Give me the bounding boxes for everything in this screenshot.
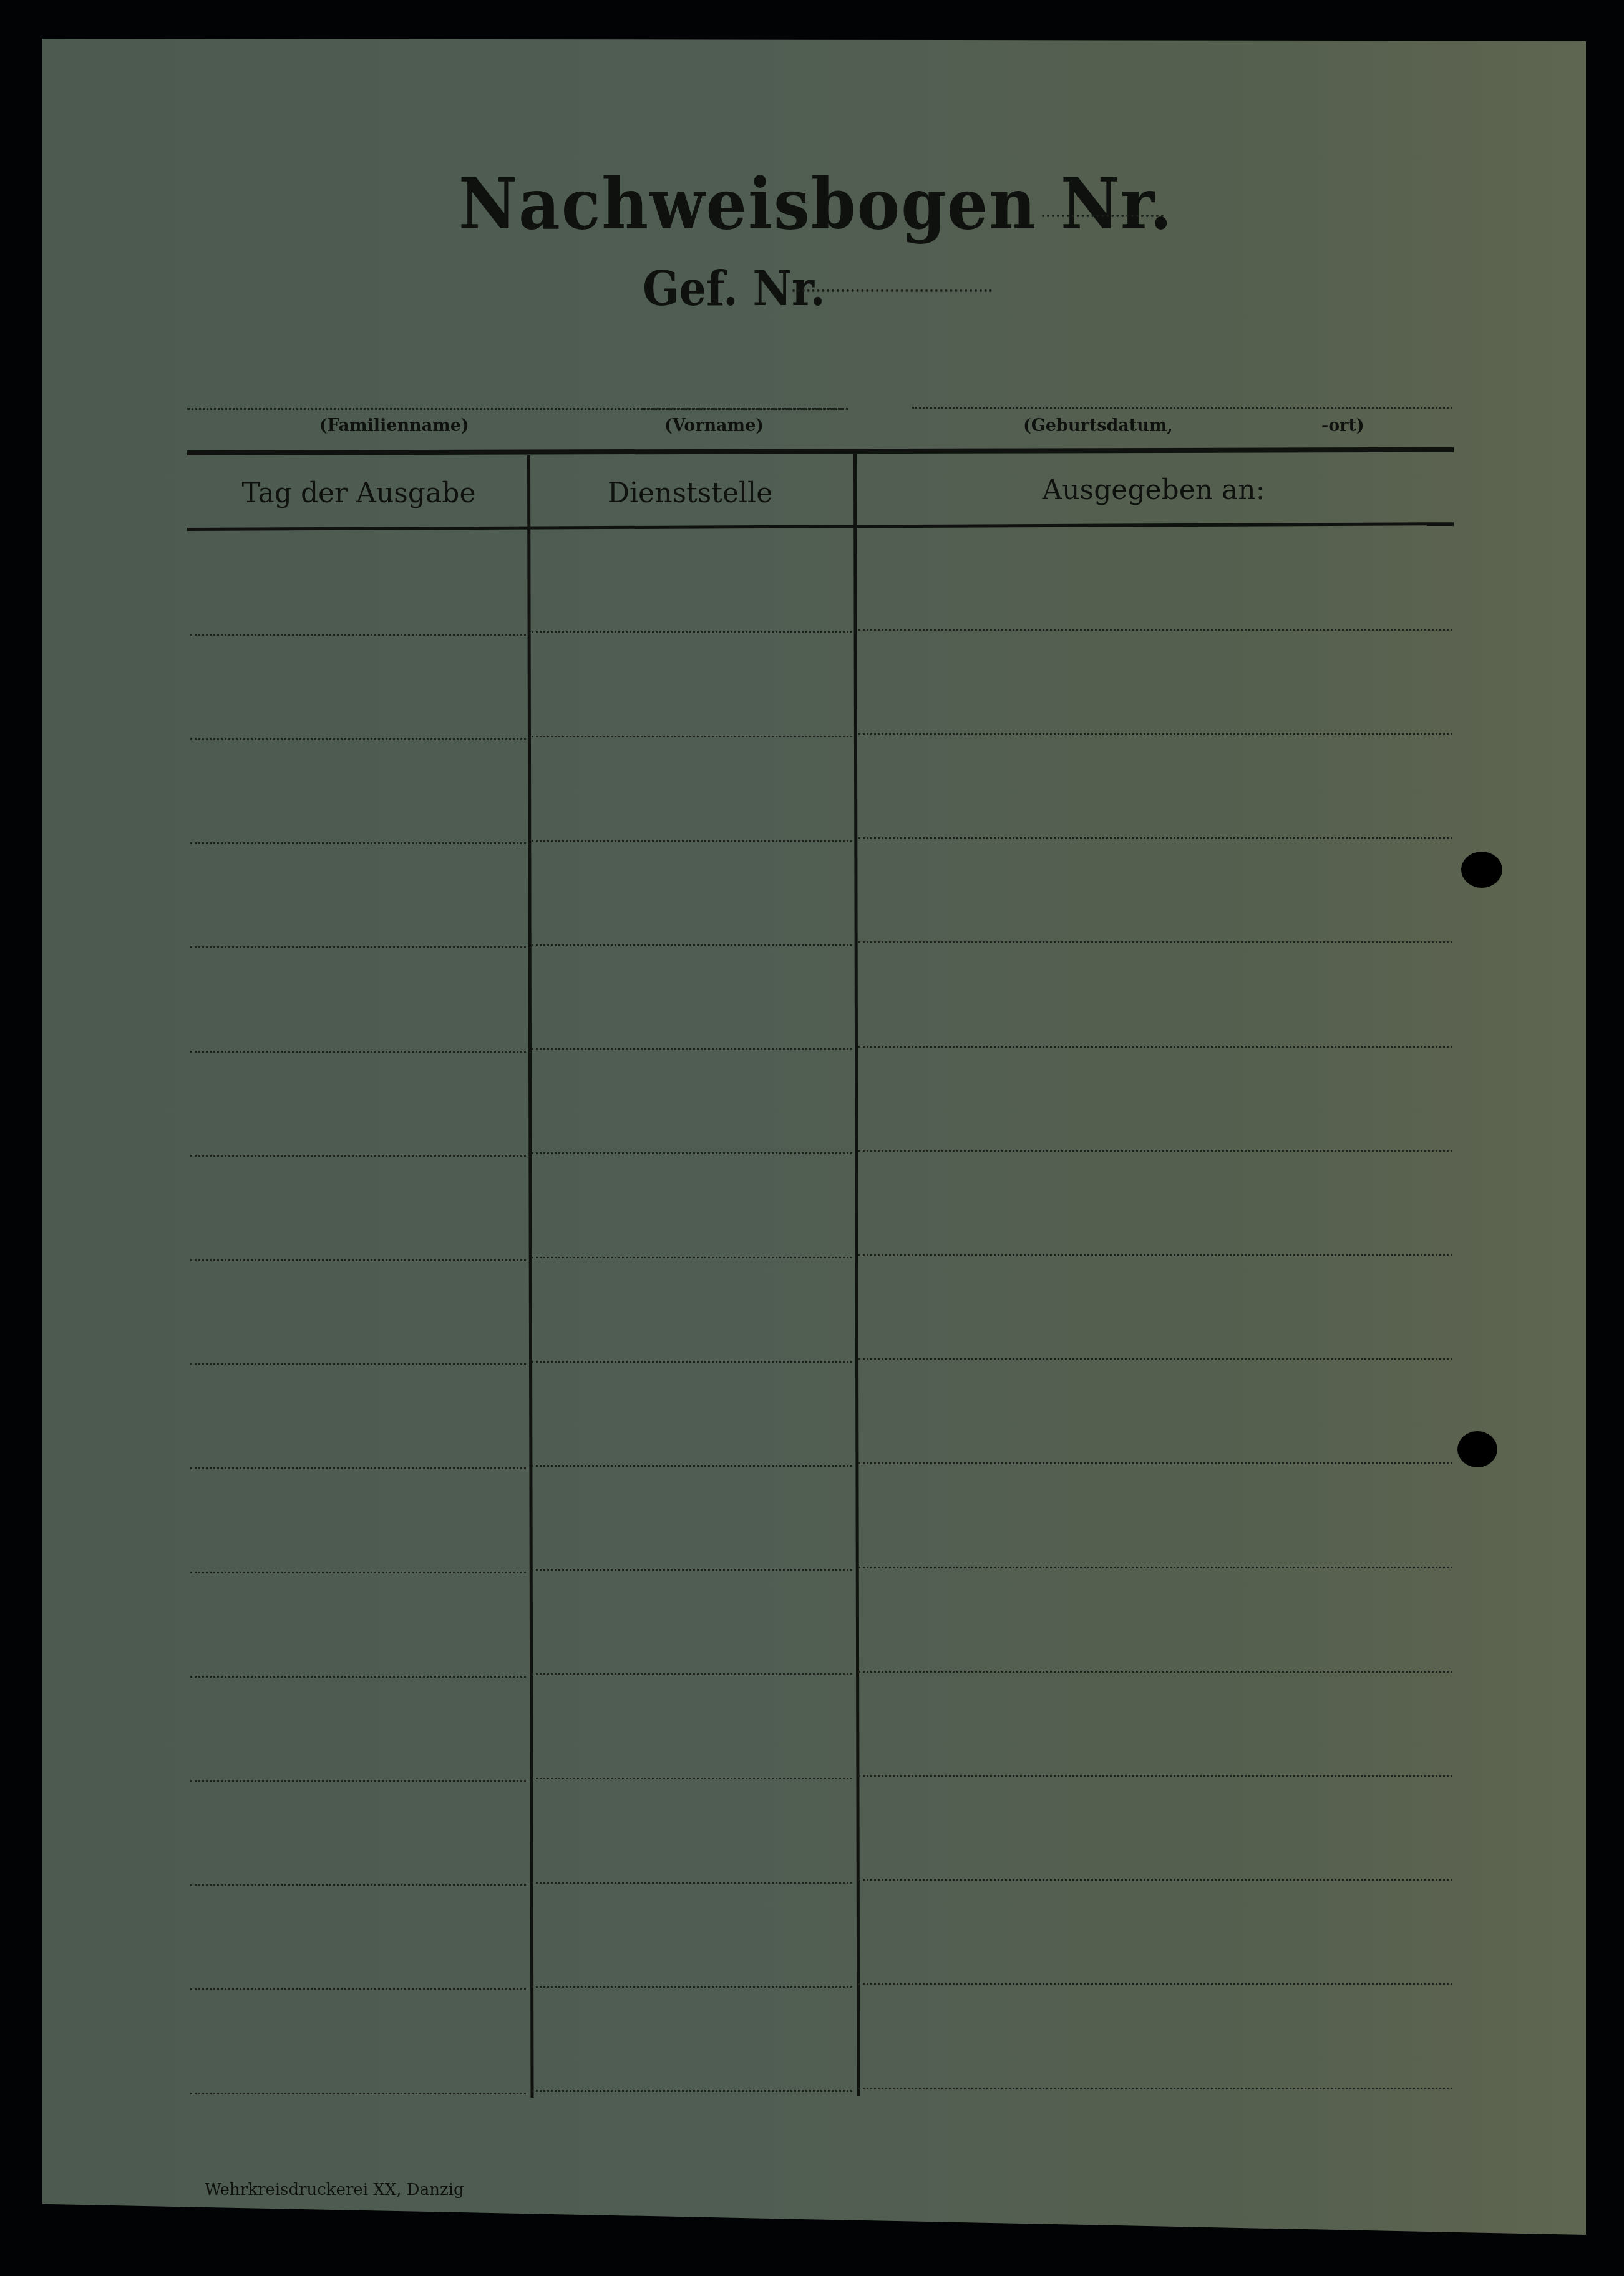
row-date-cell[interactable] [190,1259,526,1261]
row-issued-to-cell[interactable] [858,1983,1452,1985]
row-issued-to-cell[interactable] [858,837,1452,839]
row-issued-to-cell[interactable] [858,1775,1452,1777]
row-date-cell[interactable] [190,1363,526,1365]
row-issued-to-cell[interactable] [858,1150,1452,1152]
form-title: Nachweisbogen Nr. [459,163,1173,245]
row-office-cell[interactable] [532,2090,852,2092]
row-office-cell[interactable] [532,736,852,737]
row-date-cell[interactable] [190,738,526,740]
row-office-cell[interactable] [532,1361,852,1363]
row-issued-to-cell[interactable] [858,2088,1452,2089]
row-office-cell[interactable] [532,1152,852,1154]
row-issued-to-cell[interactable] [858,1567,1452,1568]
birth-date-label: (Geburtsdatum, [1023,416,1173,435]
row-date-cell[interactable] [190,1467,526,1469]
row-issued-to-cell[interactable] [858,1671,1452,1673]
row-date-cell[interactable] [190,1155,526,1157]
row-office-cell[interactable] [532,1257,852,1258]
row-office-cell[interactable] [532,1048,852,1050]
birth-place-label: -ort) [1321,416,1364,435]
row-date-cell[interactable] [190,1572,526,1573]
row-issued-to-cell[interactable] [858,1879,1452,1881]
row-office-cell[interactable] [532,1986,852,1988]
row-date-cell[interactable] [190,1988,526,1990]
column-header-issued-to: Ausgegeben an: [855,474,1452,506]
gef-number-field[interactable] [792,289,992,292]
row-date-cell[interactable] [190,1676,526,1678]
family-name-label: (Familienname) [319,416,469,435]
row-office-cell[interactable] [532,631,852,633]
row-issued-to-cell[interactable] [858,1462,1452,1464]
row-office-cell[interactable] [532,1882,852,1884]
row-issued-to-cell[interactable] [858,1358,1452,1360]
row-office-cell[interactable] [532,840,852,842]
row-date-cell[interactable] [190,1884,526,1886]
row-issued-to-cell[interactable] [858,629,1452,631]
printer-imprint: Wehrkreisdruckerei XX, Danzig [205,2181,464,2199]
column-header-date: Tag der Ausgabe [190,477,527,509]
row-date-cell[interactable] [190,1051,526,1053]
row-issued-to-cell[interactable] [858,1046,1452,1048]
row-issued-to-cell[interactable] [858,1254,1452,1256]
row-issued-to-cell[interactable] [858,941,1452,943]
title-number-field[interactable] [1042,215,1164,217]
row-office-cell[interactable] [532,1778,852,1779]
row-office-cell[interactable] [532,1673,852,1675]
given-name-field[interactable] [643,408,848,410]
form-subtitle: Gef. Nr. [643,261,825,316]
row-date-cell[interactable] [190,1780,526,1782]
row-office-cell[interactable] [532,944,852,946]
birth-date-place-field[interactable] [912,407,1452,409]
punch-hole-upper [1461,852,1502,888]
row-date-cell[interactable] [190,946,526,948]
row-issued-to-cell[interactable] [858,733,1452,735]
row-date-cell[interactable] [190,634,526,636]
row-date-cell[interactable] [190,842,526,844]
column-header-office: Dienststelle [528,477,852,509]
punch-hole-lower [1457,1431,1497,1467]
given-name-label: (Vorname) [664,416,764,435]
row-office-cell[interactable] [532,1569,852,1571]
row-office-cell[interactable] [532,1465,852,1467]
form-sheet [42,39,1586,2235]
row-date-cell[interactable] [190,2093,526,2094]
